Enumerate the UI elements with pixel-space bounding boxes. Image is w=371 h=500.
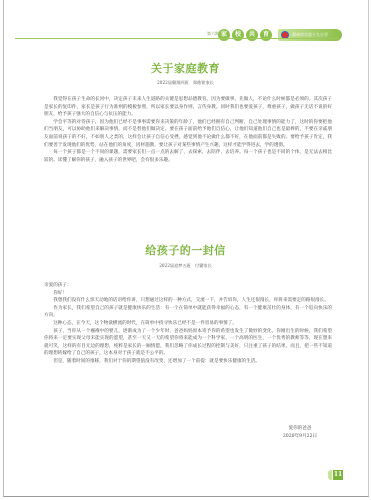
header-circle-2: 校 xyxy=(232,29,244,41)
paragraph: 但是，随着时间的推移，我们对于你的期望值没有改变，还增加了一个前提：就是要快乐健… xyxy=(44,358,332,366)
signature-date: 2020年9月22日 xyxy=(270,433,330,441)
article-2-byline: 2022届追梦五班 付繁家长 xyxy=(0,263,371,269)
paragraph: 作为家长，我们希望自己的孩子就是健康快乐的生活：有一个在简单中就能获得幸福的心态… xyxy=(44,305,332,320)
header-circles: 家 校 共 育 xyxy=(218,29,272,41)
article-1-title: 关于家庭教育 xyxy=(0,60,371,76)
paragraph: 这种心态，在今天，这个物欲横流的时代，在简单中找寻快乐已经不是一件容易的事情了。 xyxy=(44,320,332,328)
salutation: 你好！ xyxy=(44,290,332,298)
header-circle-3: 共 xyxy=(246,29,258,41)
signature: 爱你的爸爸 2020年9月22日 xyxy=(270,425,330,441)
signature-name: 爱你的爸爸 xyxy=(270,425,330,433)
header-circle-4: 育 xyxy=(260,29,272,41)
page-number: 11 xyxy=(333,470,343,480)
paragraph: 学会平等的对待孩子，因为他们已经不是事事需要你来决策的年龄了，他们已经拥有自己判… xyxy=(44,119,332,149)
article-1-byline: 2022届翱翔四班 郑皓铭家长 xyxy=(0,80,371,86)
article-2-body: 亲爱的孩子： 你好！ 我想我们没有什么惊天动地的话语给你讲，只想通过这样的一种方… xyxy=(44,282,332,366)
paragraph: 我想我们没有什么惊天动地的话语给你讲，只想通过这样的一种方式，交流一下，并告诉你… xyxy=(44,297,332,305)
page-number-tab xyxy=(328,470,332,480)
paragraph: 孩子，当你从一个襁褓中的婴儿，逐渐成为了一个少年时，爸爸妈妈原本寄予你的希望也发… xyxy=(44,328,332,358)
header-rule xyxy=(15,38,340,39)
paragraph: 每一个孩子都是一个不同的课题，需要家长们一点一点的去解了，去探索，去陪伴，去培养… xyxy=(44,149,332,164)
paragraph: 我觉得在孩子生命的长河中，决定孩子未来人生道路的关键是思想品德教育。因为要做事，… xyxy=(44,96,332,119)
header-circle-1: 家 xyxy=(218,29,230,41)
article-2-title: 给孩子的一封信 xyxy=(0,242,371,258)
article-1-body: 我觉得在孩子生命的长河中，决定孩子未来人生道路的关键是思想品德教育。因为要做事，… xyxy=(44,96,332,164)
greeting: 亲爱的孩子： xyxy=(44,282,332,290)
school-badge: 郑州市实验十九小学 xyxy=(278,29,342,41)
